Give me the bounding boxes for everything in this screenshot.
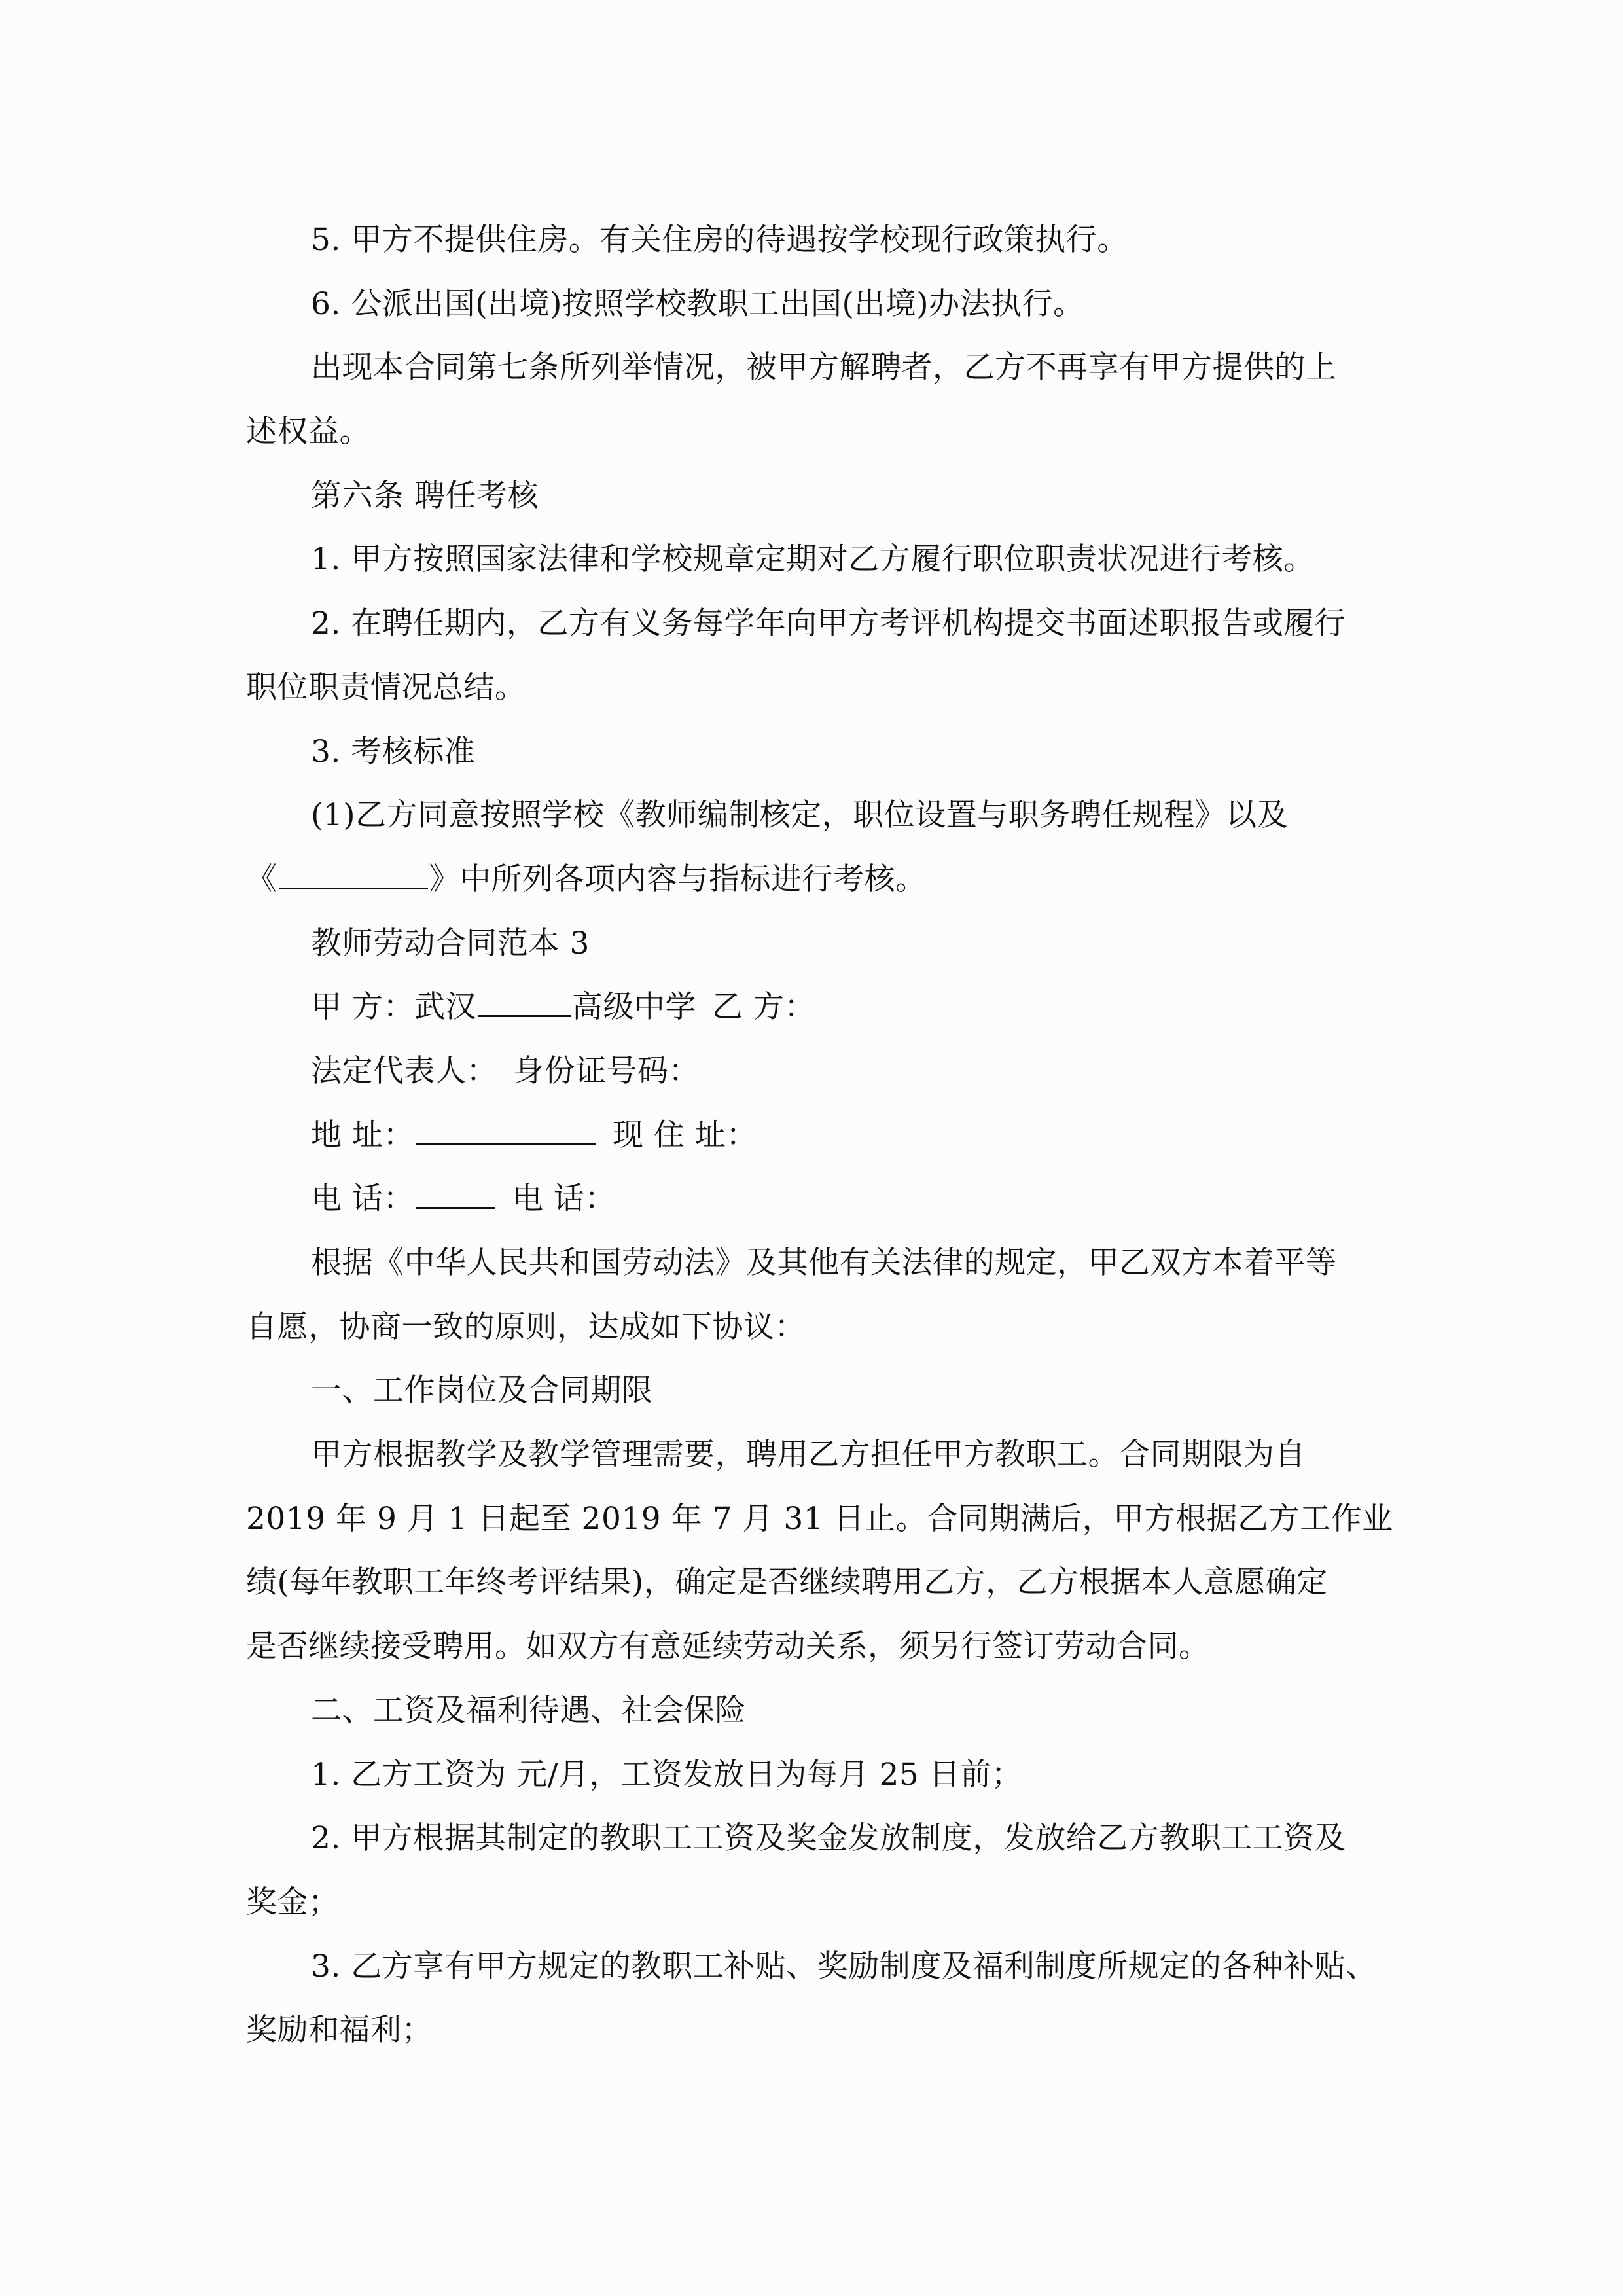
contract-title: 教师劳动合同范本 3 bbox=[246, 912, 1385, 976]
clause-assessment-3: 3. 考核标准 bbox=[246, 720, 1385, 784]
phone-label-b: 电 话： bbox=[512, 1181, 616, 1217]
preamble: 根据《中华人民共和国劳动法》及其他有关法律的规定，甲乙双方本着平等 bbox=[246, 1231, 1385, 1295]
clause-term: 甲方根据教学及教学管理需要，聘用乙方担任甲方教职工。合同期限为自 bbox=[246, 1423, 1385, 1487]
clause-housing: 5. 甲方不提供住房。有关住房的待遇按学校现行政策执行。 bbox=[246, 208, 1385, 272]
phone-label-a: 电 话： bbox=[311, 1181, 414, 1217]
preamble-cont: 自愿，协商一致的原则，达成如下协议： bbox=[246, 1295, 1385, 1359]
clause-dismissal: 出现本合同第七条所列举情况，被甲方解聘者，乙方不再享有甲方提供的上 bbox=[246, 336, 1385, 400]
id-number-label: 身份证号码： bbox=[513, 1053, 700, 1089]
clause-assessment-1: 1. 甲方按照国家法律和学校规章定期对乙方履行职位职责状况进行考核。 bbox=[246, 528, 1385, 592]
address-blank[interactable] bbox=[416, 1119, 596, 1145]
clause-dismissal-cont: 述权益。 bbox=[246, 400, 1385, 464]
address-label: 地 址： bbox=[311, 1117, 414, 1153]
contract-body: 5. 甲方不提供住房。有关住房的待遇按学校现行政策执行。 6. 公派出国(出境)… bbox=[246, 208, 1385, 2062]
clause-term-cont-3: 是否继续接受聘用。如双方有意延续劳动关系，须另行签订劳动合同。 bbox=[246, 1615, 1385, 1679]
section-heading-2: 二、工资及福利待遇、社会保险 bbox=[246, 1679, 1385, 1743]
clause-salary-2: 2. 甲方根据其制定的教职工工资及奖金发放制度，发放给乙方教职工工资及 bbox=[246, 1806, 1385, 1871]
school-name-blank[interactable] bbox=[478, 990, 571, 1017]
representative-line: 法定代表人：身份证号码： bbox=[246, 1039, 1385, 1103]
document-page: 5. 甲方不提供住房。有关住房的待遇按学校现行政策执行。 6. 公派出国(出境)… bbox=[0, 0, 1623, 2296]
legal-rep-label: 法定代表人： bbox=[311, 1053, 497, 1089]
clause-salary-3: 3. 乙方享有甲方规定的教职工补贴、奖励制度及福利制度所规定的各种补贴、 bbox=[246, 1935, 1385, 1999]
party-b-label: 乙 方： bbox=[712, 989, 815, 1025]
book-title-blank[interactable] bbox=[279, 863, 428, 889]
clause-salary-1: 1. 乙方工资为 元/月，工资发放日为每月 25 日前； bbox=[246, 1743, 1385, 1807]
section-heading-article-6: 第六条 聘任考核 bbox=[246, 464, 1385, 528]
clause-assessment-3-1: (1)乙方同意按照学校《教师编制核定，职位设置与职务聘任规程》以及 bbox=[246, 783, 1385, 848]
clause-term-cont-2: 绩(每年教职工年终考评结果)，确定是否继续聘用乙方，乙方根据本人意愿确定 bbox=[246, 1551, 1385, 1615]
party-a-school-suffix: 高级中学 bbox=[572, 989, 696, 1025]
party-line: 甲 方：武汉高级中学乙 方： bbox=[246, 975, 1385, 1039]
clause-term-cont-1: 2019 年 9 月 1 日起至 2019 年 7 月 31 日止。合同期满后，… bbox=[246, 1487, 1385, 1551]
phone-line: 电 话：电 话： bbox=[246, 1167, 1385, 1231]
party-a-label: 甲 方：武汉 bbox=[311, 989, 476, 1025]
clause-salary-2-cont: 奖金； bbox=[246, 1871, 1385, 1935]
clause-assessment-3-1-cont: 《》中所列各项内容与指标进行考核。 bbox=[246, 848, 1385, 912]
phone-blank[interactable] bbox=[416, 1182, 495, 1209]
current-address-label: 现 住 址： bbox=[613, 1117, 757, 1153]
clause-overseas: 6. 公派出国(出境)按照学校教职工出国(出境)办法执行。 bbox=[246, 272, 1385, 336]
clause-salary-3-cont: 奖励和福利； bbox=[246, 1998, 1385, 2062]
clause-assessment-2-cont: 职位职责情况总结。 bbox=[246, 656, 1385, 720]
address-line: 地 址：现 住 址： bbox=[246, 1103, 1385, 1168]
clause-assessment-2: 2. 在聘任期内，乙方有义务每学年向甲方考评机构提交书面述职报告或履行 bbox=[246, 592, 1385, 656]
book-title-close: 》中所列各项内容与指标进行考核。 bbox=[429, 861, 927, 897]
section-heading-1: 一、工作岗位及合同期限 bbox=[246, 1359, 1385, 1423]
book-title-open: 《 bbox=[246, 861, 277, 897]
